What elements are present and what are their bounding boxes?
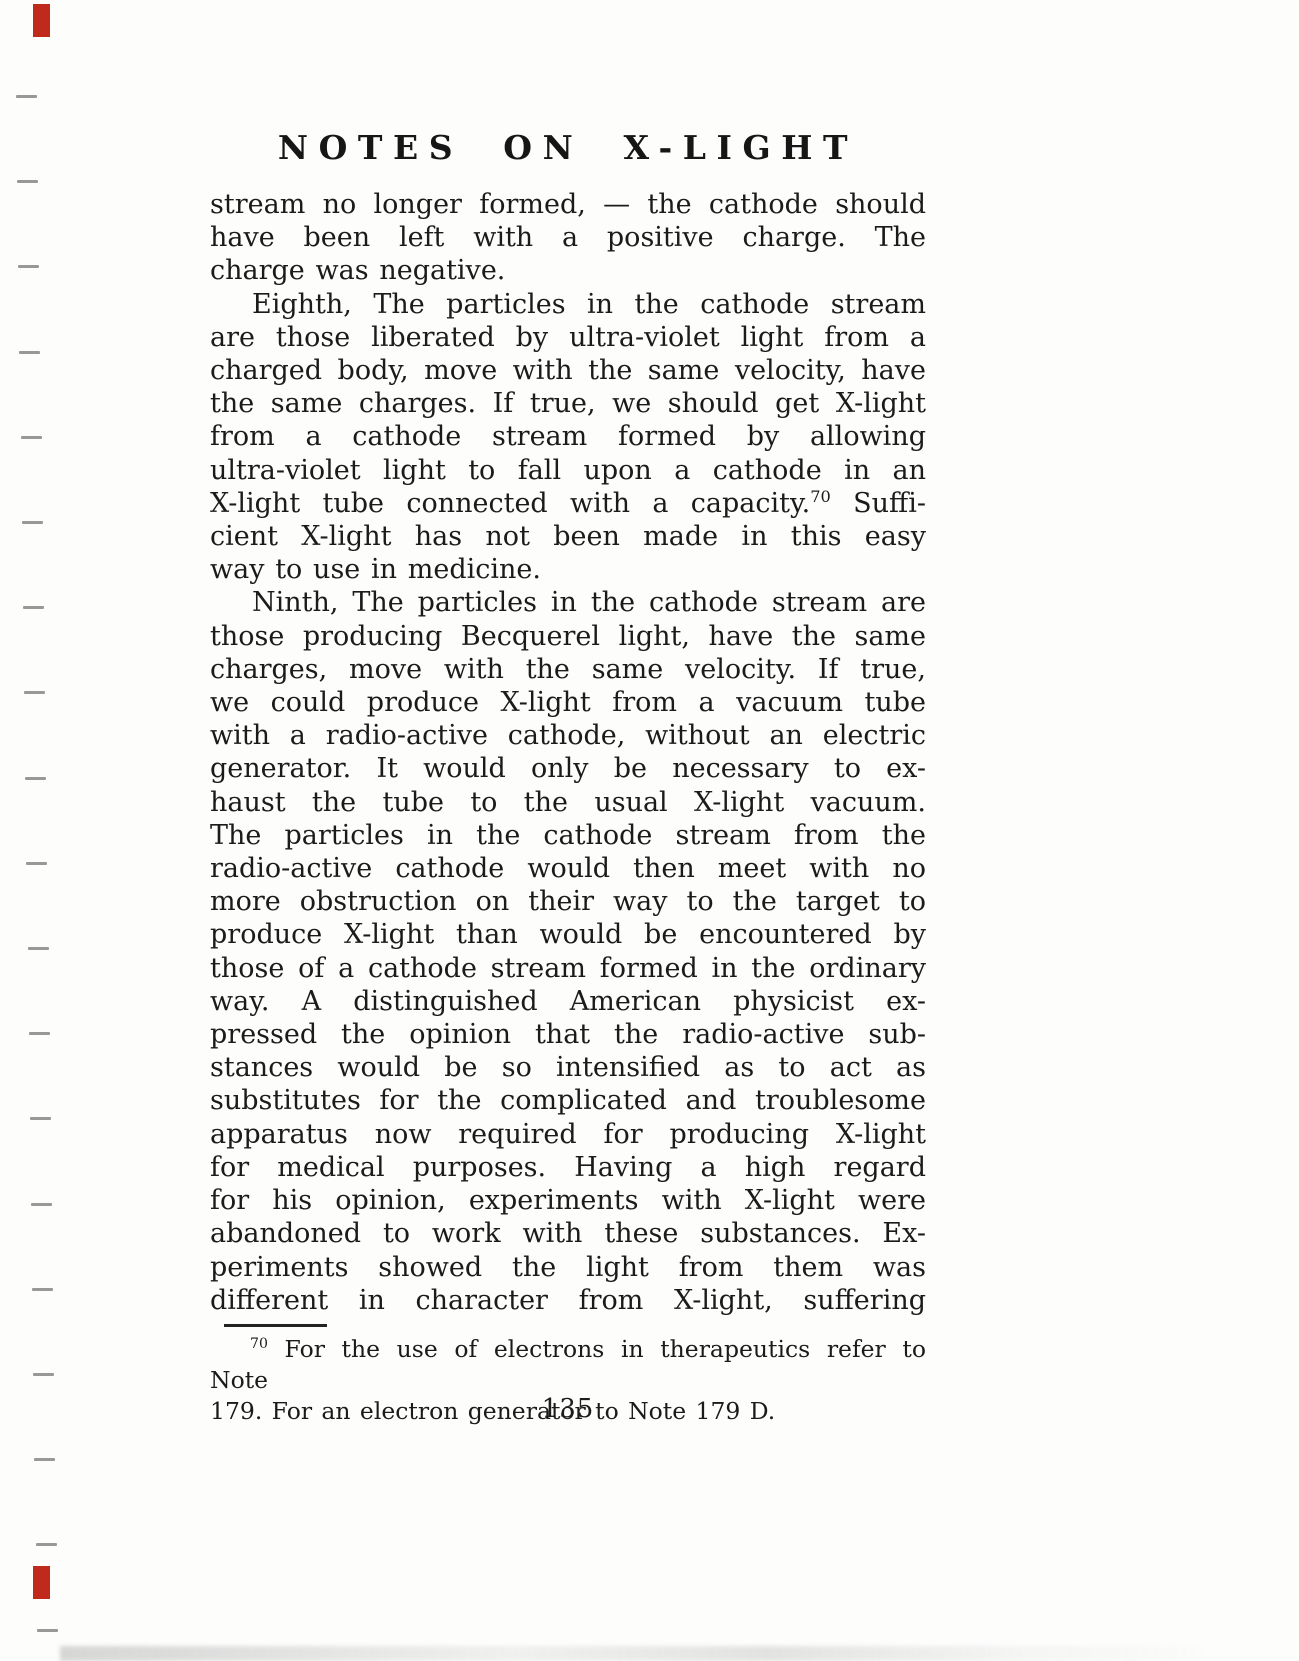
binding-dash-mark (33, 1373, 54, 1376)
footnote-line: 70 For the use of electrons in therapeut… (210, 1334, 926, 1396)
body-text-line: The particles in the cathode stream from… (210, 819, 926, 852)
binding-dash-mark (18, 265, 39, 268)
body-text-line: substitutes for the complicated and trou… (210, 1084, 926, 1117)
body-text-line: way to use in medicine. (210, 553, 926, 586)
body-text-line: we could produce X-light from a vacuum t… (210, 686, 926, 719)
binding-dash-mark (31, 1203, 52, 1206)
body-text-line: charge was negative. (210, 254, 926, 287)
body-text-line: from a cathode stream formed by allowing (210, 420, 926, 453)
body-text-line: stances would be so intensified as to ac… (210, 1051, 926, 1084)
book-page-scan: NOTES ON X-LIGHT stream no longer formed… (0, 0, 1299, 1661)
binding-dash-mark (34, 1458, 55, 1461)
body-text-line: have been left with a positive charge. T… (210, 221, 926, 254)
body-text-line: Ninth, The particles in the cathode stre… (210, 586, 926, 619)
body-text-line: abandoned to work with these substances.… (210, 1217, 926, 1250)
body-text: stream no longer formed, — the cathode s… (210, 188, 926, 1317)
body-text-line: haust the tube to the usual X-light vacu… (210, 786, 926, 819)
body-text-line: those of a cathode stream formed in the … (210, 952, 926, 985)
body-text-line: pressed the opinion that the radio-activ… (210, 1018, 926, 1051)
body-text-line: way. A distinguished American physicist … (210, 985, 926, 1018)
body-text-line: generator. It would only be necessary to… (210, 752, 926, 785)
body-text-line: apparatus now required for producing X-l… (210, 1118, 926, 1151)
footnote-reference: 70 (810, 487, 831, 506)
binding-dash-mark (23, 606, 44, 609)
binding-dash-mark (32, 1288, 53, 1291)
body-text-line: charged body, move with the same velocit… (210, 354, 926, 387)
binding-dash-mark (17, 180, 38, 183)
binding-dash-mark (21, 436, 42, 439)
binding-dash-mark (37, 1629, 58, 1632)
body-text-line: X-light tube connected with a capacity.7… (210, 487, 926, 520)
body-text-line: for his opinion, experiments with X-ligh… (210, 1184, 926, 1217)
footnote-reference: 70 (250, 1336, 268, 1352)
binding-dash-mark (36, 1543, 57, 1546)
binding-dash-mark (16, 95, 37, 98)
body-text-line: cient X-light has not been made in this … (210, 520, 926, 553)
body-text-line: different in character from X-light, suf… (210, 1284, 926, 1317)
body-text-line: stream no longer formed, — the cathode s… (210, 188, 926, 221)
body-text-line: for medical purposes. Having a high rega… (210, 1151, 926, 1184)
binding-dash-mark (30, 1117, 51, 1120)
page-number: 135 (210, 1394, 926, 1424)
binding-dash-mark (26, 862, 47, 865)
body-text-line: charges, move with the same velocity. If… (210, 653, 926, 686)
body-text-line: periments showed the light from them was (210, 1251, 926, 1284)
binding-dash-mark (22, 521, 43, 524)
red-registration-mark-top (33, 4, 50, 37)
body-text-line: are those liberated by ultra-violet ligh… (210, 321, 926, 354)
body-text-line: more obstruction on their way to the tar… (210, 885, 926, 918)
body-text-line: ultra-violet light to fall upon a cathod… (210, 454, 926, 487)
footnote-separator-rule (224, 1324, 327, 1327)
binding-dash-mark (28, 947, 49, 950)
body-text-line: those producing Becquerel light, have th… (210, 620, 926, 653)
binding-dash-mark (29, 1032, 50, 1035)
body-text-line: Eighth, The particles in the cathode str… (210, 288, 926, 321)
body-text-line: with a radio-active cathode, without an … (210, 719, 926, 752)
binding-dash-mark (19, 351, 40, 354)
body-text-line: radio-active cathode would then meet wit… (210, 852, 926, 885)
binding-dash-mark (24, 691, 45, 694)
binding-dash-mark (25, 777, 46, 780)
body-text-line: the same charges. If true, we should get… (210, 387, 926, 420)
red-registration-mark-bottom (33, 1566, 50, 1599)
body-text-line: produce X-light than would be encountere… (210, 918, 926, 951)
scan-smudge (60, 1646, 1200, 1661)
page-title: NOTES ON X-LIGHT (210, 128, 926, 167)
